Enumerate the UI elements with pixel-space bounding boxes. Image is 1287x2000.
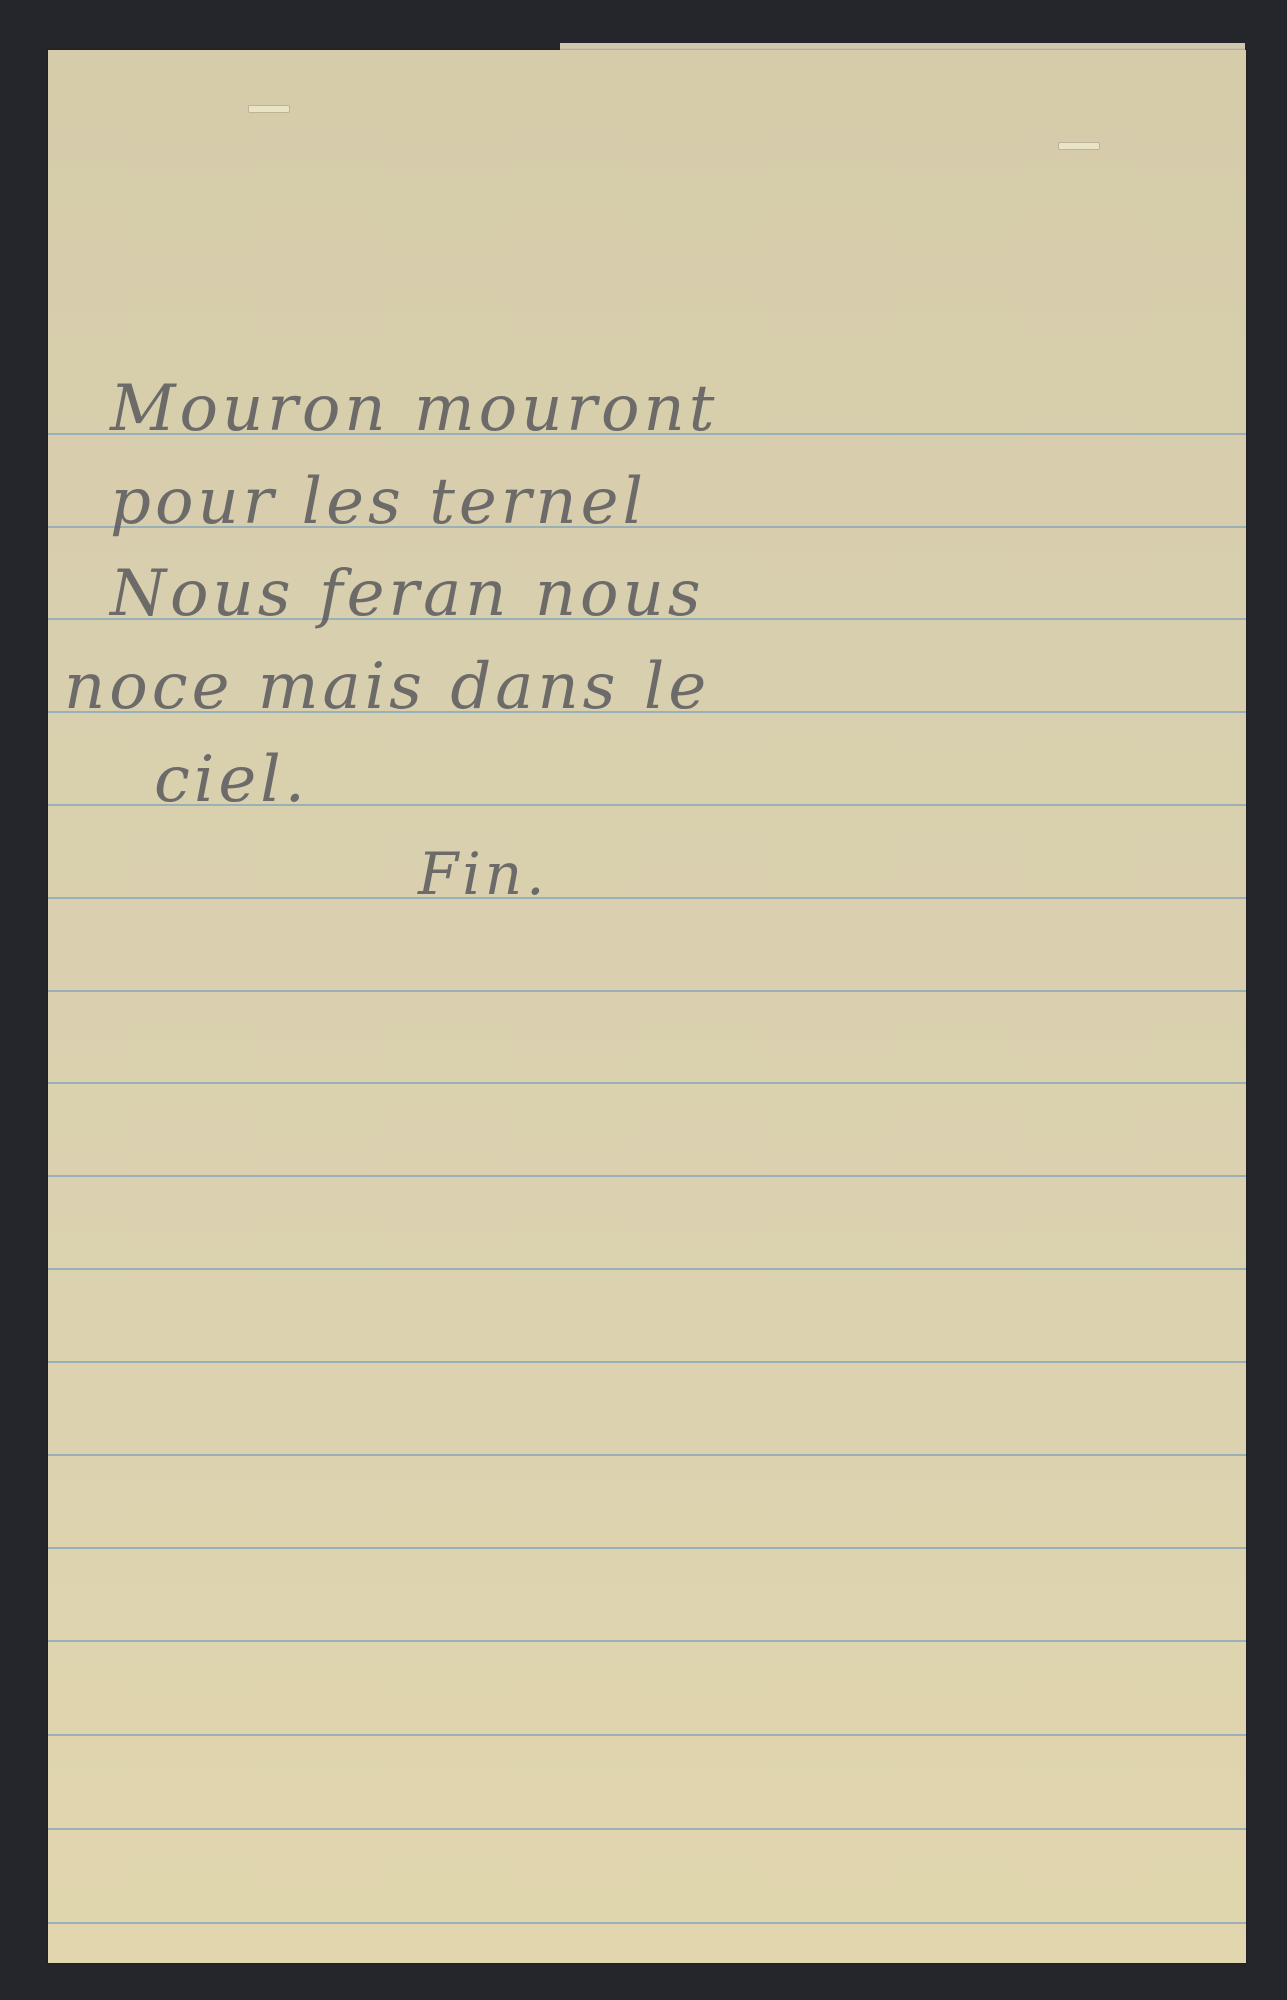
ruled-line [48, 1454, 1246, 1456]
closing-fin: Fin. [418, 840, 549, 908]
ruled-line [48, 1640, 1246, 1642]
ruled-line [48, 1828, 1246, 1830]
handwritten-line-2: pour les ternel [110, 465, 647, 539]
ruled-line [48, 1361, 1246, 1363]
handwritten-line-3: Nous feran nous [110, 557, 705, 631]
ruled-line [48, 990, 1246, 992]
staple-hole-left [248, 105, 290, 113]
ruled-line [48, 1175, 1246, 1177]
notebook-page: Mouron mouront pour les ternel Nous fera… [48, 50, 1246, 1963]
handwritten-line-4: noce mais dans le [64, 650, 710, 724]
ruled-line [48, 897, 1246, 899]
handwritten-line-1: Mouron mouront [110, 372, 718, 446]
staple-hole-right [1058, 142, 1100, 150]
ruled-line [48, 1547, 1246, 1549]
handwritten-line-5: ciel. [154, 743, 309, 817]
ruled-line [48, 1734, 1246, 1736]
ruled-line [48, 1268, 1246, 1270]
ruled-line [48, 1082, 1246, 1084]
ruled-line [48, 1922, 1246, 1924]
